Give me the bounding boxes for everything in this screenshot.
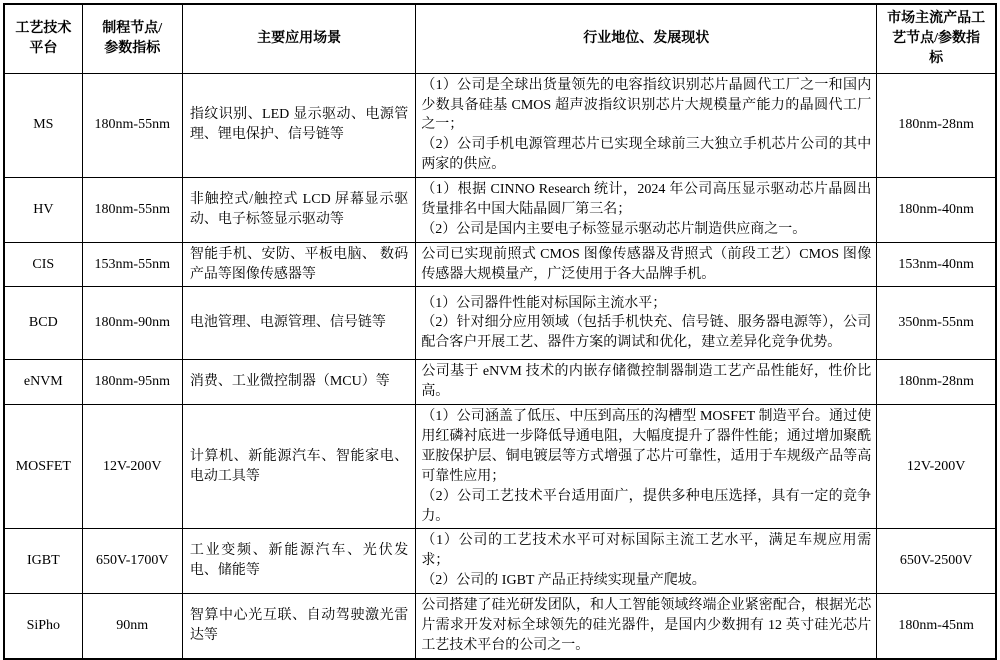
header-node: 制程节点/ 参数指标 [82, 4, 182, 73]
table-row: BCD 180nm-90nm 电池管理、电源管理、信号链等 （1）公司器件性能对… [4, 287, 996, 360]
header-market: 市场主流产品工 艺节点/参数指 标 [877, 4, 996, 73]
cell-market: 650V-2500V [877, 529, 996, 594]
cell-market: 12V-200V [877, 405, 996, 529]
cell-status: （1）公司的工艺技术水平可对标国际主流工艺水平，满足车规应用需求； （2）公司的… [416, 529, 877, 594]
cell-market: 180nm-45nm [877, 594, 996, 659]
cell-scenario: 工业变频、新能源汽车、光伏发电、储能等 [182, 529, 415, 594]
cell-node: 650V-1700V [82, 529, 182, 594]
cell-scenario: 计算机、新能源汽车、智能家电、电动工具等 [182, 405, 415, 529]
cell-node: 180nm-90nm [82, 287, 182, 360]
table-header-row: 工艺技术 平台 制程节点/ 参数指标 主要应用场景 行业地位、发展现状 市场主流… [4, 4, 996, 73]
cell-status: （1）公司器件性能对标国际主流水平； （2）针对细分应用领域（包括手机快充、信号… [416, 287, 877, 360]
cell-platform: CIS [4, 242, 82, 287]
table-row: MS 180nm-55nm 指纹识别、LED 显示驱动、电源管理、锂电保护、信号… [4, 73, 996, 177]
process-platform-table: 工艺技术 平台 制程节点/ 参数指标 主要应用场景 行业地位、发展现状 市场主流… [3, 3, 997, 660]
cell-platform: SiPho [4, 594, 82, 659]
table-row: SiPho 90nm 智算中心光互联、自动驾驶激光雷达等 公司搭建了硅光研发团队… [4, 594, 996, 659]
header-scenario: 主要应用场景 [182, 4, 415, 73]
cell-scenario: 智能手机、安防、平板电脑、 数码产品等图像传感器等 [182, 242, 415, 287]
cell-status: 公司已实现前照式 CMOS 图像传感器及背照式（前段工艺）CMOS 图像传感器大… [416, 242, 877, 287]
cell-market: 180nm-28nm [877, 360, 996, 405]
cell-scenario: 电池管理、电源管理、信号链等 [182, 287, 415, 360]
cell-status: （1）公司涵盖了低压、中压到高压的沟槽型 MOSFET 制造平台。通过使用红磷衬… [416, 405, 877, 529]
cell-node: 180nm-95nm [82, 360, 182, 405]
cell-status: 公司基于 eNVM 技术的内嵌存储微控制器制造工艺产品性能好，性价比高。 [416, 360, 877, 405]
header-platform: 工艺技术 平台 [4, 4, 82, 73]
cell-node: 12V-200V [82, 405, 182, 529]
cell-node: 180nm-55nm [82, 73, 182, 177]
cell-platform: IGBT [4, 529, 82, 594]
table-row: eNVM 180nm-95nm 消费、工业微控制器（MCU）等 公司基于 eNV… [4, 360, 996, 405]
cell-node: 90nm [82, 594, 182, 659]
cell-status: （1）公司是全球出货量领先的电容指纹识别芯片晶圆代工厂之一和国内少数具备硅基 C… [416, 73, 877, 177]
cell-market: 153nm-40nm [877, 242, 996, 287]
document-page: 工艺技术 平台 制程节点/ 参数指标 主要应用场景 行业地位、发展现状 市场主流… [0, 0, 1000, 612]
cell-platform: MOSFET [4, 405, 82, 529]
cell-node: 153nm-55nm [82, 242, 182, 287]
cell-platform: BCD [4, 287, 82, 360]
cell-status: （1）根据 CINNO Research 统计，2024 年公司高压显示驱动芯片… [416, 178, 877, 243]
cell-platform: HV [4, 178, 82, 243]
table-row: CIS 153nm-55nm 智能手机、安防、平板电脑、 数码产品等图像传感器等… [4, 242, 996, 287]
cell-platform: eNVM [4, 360, 82, 405]
cell-scenario: 智算中心光互联、自动驾驶激光雷达等 [182, 594, 415, 659]
cell-scenario: 指纹识别、LED 显示驱动、电源管理、锂电保护、信号链等 [182, 73, 415, 177]
cell-status: 公司搭建了硅光研发团队，和人工智能领域终端企业紧密配合，根据光芯片需求开发对标全… [416, 594, 877, 659]
table-row: HV 180nm-55nm 非触控式/触控式 LCD 屏幕显示驱动、电子标签显示… [4, 178, 996, 243]
cell-scenario: 非触控式/触控式 LCD 屏幕显示驱动、电子标签显示驱动等 [182, 178, 415, 243]
cell-scenario: 消费、工业微控制器（MCU）等 [182, 360, 415, 405]
cell-market: 350nm-55nm [877, 287, 996, 360]
table-row: MOSFET 12V-200V 计算机、新能源汽车、智能家电、电动工具等 （1）… [4, 405, 996, 529]
header-status: 行业地位、发展现状 [416, 4, 877, 73]
cell-platform: MS [4, 73, 82, 177]
cell-node: 180nm-55nm [82, 178, 182, 243]
cell-market: 180nm-40nm [877, 178, 996, 243]
table-row: IGBT 650V-1700V 工业变频、新能源汽车、光伏发电、储能等 （1）公… [4, 529, 996, 594]
cell-market: 180nm-28nm [877, 73, 996, 177]
